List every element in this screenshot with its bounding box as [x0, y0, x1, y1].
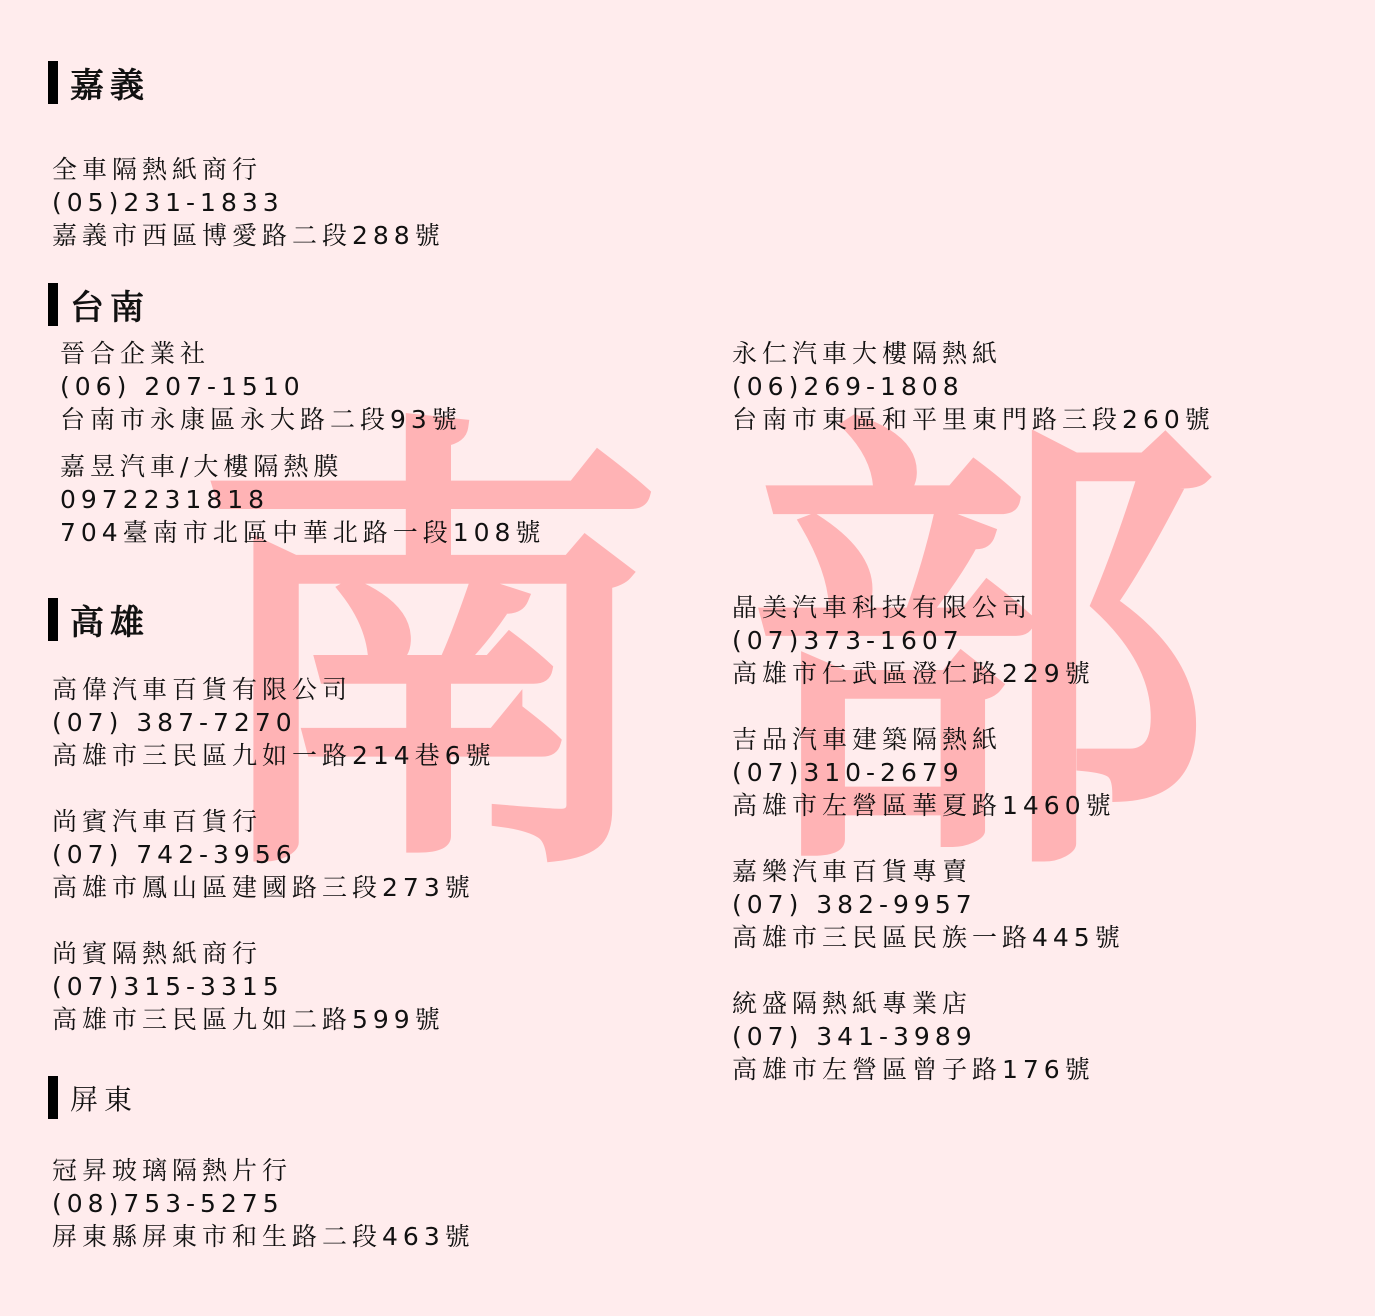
- heading-bar: [48, 61, 58, 104]
- shop-address: 台南市永康區永大路二段93號: [60, 403, 462, 436]
- heading-bar: [48, 598, 58, 641]
- dealer-list: 嘉義 全車隔熱紙商行 (05)231-1833 嘉義市西區博愛路二段288號 台…: [0, 0, 1375, 1316]
- region-heading-chiayi: 嘉義: [48, 58, 150, 107]
- shop-name: 嘉樂汽車百貨專賣: [732, 855, 1125, 888]
- shop-phone: (07)373-1607: [732, 624, 1095, 657]
- shop-entry: 統盛隔熱紙專業店 (07) 341-3989 高雄市左營區曾子路176號: [732, 987, 1095, 1086]
- shop-phone: (07) 341-3989: [732, 1020, 1095, 1053]
- shop-entry: 冠昇玻璃隔熱片行 (08)753-5275 屏東縣屏東市和生路二段463號: [52, 1154, 475, 1253]
- region-title: 嘉義: [70, 58, 150, 107]
- shop-phone: (07)310-2679: [732, 756, 1116, 789]
- heading-bar: [48, 283, 58, 326]
- shop-name: 晉合企業社: [60, 337, 462, 370]
- shop-name: 吉品汽車建築隔熱紙: [732, 723, 1116, 756]
- shop-address: 嘉義市西區博愛路二段288號: [52, 219, 445, 252]
- shop-name: 統盛隔熱紙專業店: [732, 987, 1095, 1020]
- heading-bar: [48, 1076, 58, 1119]
- shop-name: 尚賓隔熱紙商行: [52, 937, 445, 970]
- shop-name: 嘉昱汽車/大樓隔熱膜: [60, 450, 545, 483]
- shop-entry: 尚賓隔熱紙商行 (07)315-3315 高雄市三民區九如二路599號: [52, 937, 445, 1036]
- shop-entry: 尚賓汽車百貨行 (07) 742-3956 高雄市鳳山區建國路三段273號: [52, 805, 475, 904]
- shop-phone: (07) 382-9957: [732, 888, 1125, 921]
- shop-entry: 吉品汽車建築隔熱紙 (07)310-2679 高雄市左營區華夏路1460號: [732, 723, 1116, 822]
- shop-entry: 嘉昱汽車/大樓隔熱膜 0972231818 704臺南市北區中華北路一段108號: [60, 450, 545, 549]
- region-title: 台南: [70, 280, 150, 329]
- shop-phone: (06)269-1808: [732, 370, 1215, 403]
- region-heading-kaohsiung: 高雄: [48, 595, 150, 644]
- shop-name: 永仁汽車大樓隔熱紙: [732, 337, 1215, 370]
- shop-name: 全車隔熱紙商行: [52, 153, 445, 186]
- region-title: 高雄: [70, 595, 150, 644]
- shop-name: 高偉汽車百貨有限公司: [52, 673, 496, 706]
- shop-phone: (07) 742-3956: [52, 838, 475, 871]
- shop-name: 尚賓汽車百貨行: [52, 805, 475, 838]
- shop-phone: (07) 387-7270: [52, 706, 496, 739]
- shop-address: 704臺南市北區中華北路一段108號: [60, 516, 545, 549]
- shop-address: 高雄市三民區九如二路599號: [52, 1003, 445, 1036]
- shop-address: 高雄市左營區曾子路176號: [732, 1053, 1095, 1086]
- shop-phone: (06) 207-1510: [60, 370, 462, 403]
- shop-phone: (08)753-5275: [52, 1187, 475, 1220]
- shop-address: 高雄市仁武區澄仁路229號: [732, 657, 1095, 690]
- shop-entry: 全車隔熱紙商行 (05)231-1833 嘉義市西區博愛路二段288號: [52, 153, 445, 252]
- region-heading-pingtung: 屏東: [48, 1076, 138, 1119]
- shop-address: 高雄市鳳山區建國路三段273號: [52, 871, 475, 904]
- shop-address: 高雄市三民區民族一路445號: [732, 921, 1125, 954]
- shop-entry: 高偉汽車百貨有限公司 (07) 387-7270 高雄市三民區九如一路214巷6…: [52, 673, 496, 772]
- shop-name: 冠昇玻璃隔熱片行: [52, 1154, 475, 1187]
- shop-entry: 永仁汽車大樓隔熱紙 (06)269-1808 台南市東區和平里東門路三段260號: [732, 337, 1215, 436]
- shop-phone: (05)231-1833: [52, 186, 445, 219]
- shop-address: 高雄市三民區九如一路214巷6號: [52, 739, 496, 772]
- shop-name: 晶美汽車科技有限公司: [732, 591, 1095, 624]
- shop-phone: 0972231818: [60, 483, 545, 516]
- shop-entry: 晉合企業社 (06) 207-1510 台南市永康區永大路二段93號: [60, 337, 462, 436]
- shop-address: 屏東縣屏東市和生路二段463號: [52, 1220, 475, 1253]
- shop-address: 台南市東區和平里東門路三段260號: [732, 403, 1215, 436]
- region-heading-tainan: 台南: [48, 280, 150, 329]
- shop-phone: (07)315-3315: [52, 970, 445, 1003]
- shop-entry: 晶美汽車科技有限公司 (07)373-1607 高雄市仁武區澄仁路229號: [732, 591, 1095, 690]
- shop-entry: 嘉樂汽車百貨專賣 (07) 382-9957 高雄市三民區民族一路445號: [732, 855, 1125, 954]
- shop-address: 高雄市左營區華夏路1460號: [732, 789, 1116, 822]
- region-title: 屏東: [70, 1078, 138, 1118]
